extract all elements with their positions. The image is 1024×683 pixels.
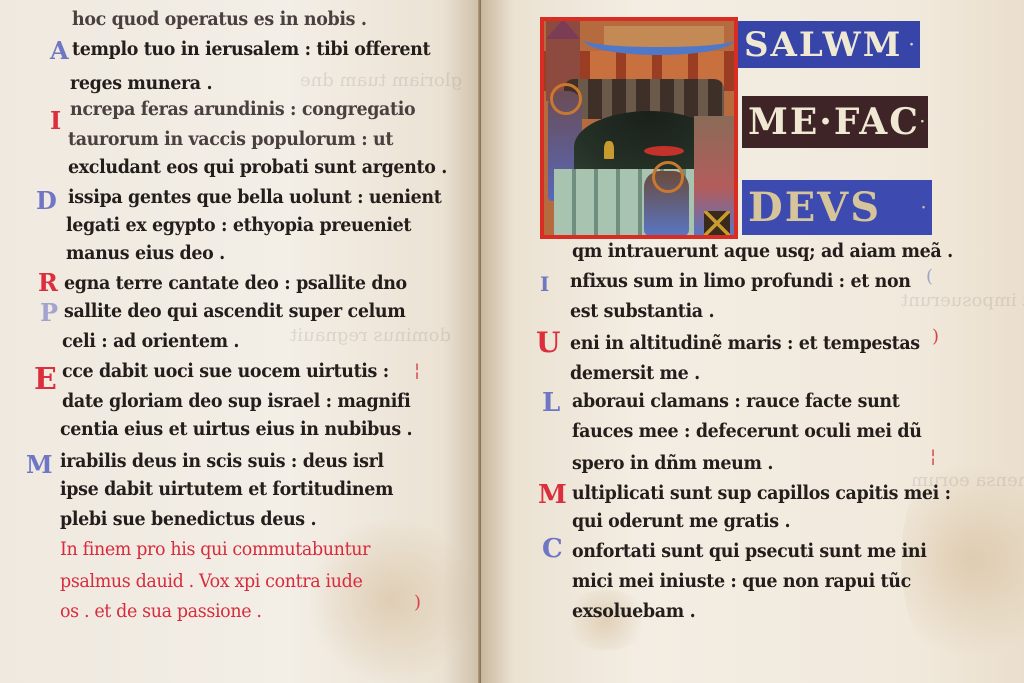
show-through-text: et imposuerunt (901, 290, 1024, 311)
text-line: nfixus sum in limo profundi : et non (570, 270, 911, 292)
rubric-line: psalmus dauid . Vox xpi contra iude (60, 570, 362, 592)
show-through-text: gloriam tuam dne (300, 70, 462, 91)
margin-mark: ) (932, 326, 939, 347)
dish (644, 146, 684, 156)
text-line: eni in altitudinẽ maris : et tempestas (570, 332, 920, 354)
halo (652, 161, 684, 193)
text-line: exsoluebam . (572, 600, 695, 622)
initial-letter: M (26, 450, 53, 479)
text-line: hoc quod operatus es in nobis . (72, 8, 367, 30)
initial-letter: I (540, 272, 549, 296)
text-line: fauces mee : defecerunt oculi mei dũ (572, 420, 922, 442)
text-line: legati ex egypto : ethyopia preueniet (66, 214, 411, 236)
incipit-band-deus: DEVS· (742, 180, 932, 235)
rubric-line: os . et de sua passione . (60, 600, 262, 622)
illuminated-miniature (540, 17, 738, 239)
initial-letter: A (50, 36, 69, 65)
initial-letter: D (36, 186, 57, 215)
open-manuscript: gloriam tuam dne dominus regnauit hoc qu… (0, 0, 1024, 683)
text-line: qm intrauerunt aque usq; ad aiam meã . (572, 240, 953, 262)
halo (550, 83, 582, 115)
text-line: mici mei iniuste : que non rapui tũc (572, 570, 911, 592)
text-line: ncrepa feras arundinis : congregatio (70, 98, 415, 120)
initial-letter: M (538, 480, 567, 510)
margin-mark: ( (926, 266, 933, 287)
text-line: aboraui clamans : rauce facte sunt (572, 390, 899, 412)
text-line: egna terre cantate deo : psallite dno (64, 272, 407, 294)
text-line: ultiplicati sunt sup capillos capitis me… (572, 482, 951, 504)
initial-letter: P (40, 298, 58, 327)
initial-letter: I (50, 106, 61, 135)
text-line: sallite deo qui ascendit super celum (64, 300, 405, 322)
initial-letter: C (542, 534, 563, 564)
margin-mark: ) (414, 592, 421, 613)
text-line: spero in dñm meum . (572, 452, 773, 474)
text-line: ipse dabit uirtutem et fortitudinem (60, 478, 393, 500)
text-line: onfortati sunt qui psecuti sunt me ini (572, 540, 927, 562)
text-line: reges munera . (70, 72, 212, 94)
text-line: est substantia . (570, 300, 714, 322)
incipit-band-salvum: SALWM· (738, 21, 920, 68)
text-line: celi : ad orientem . (62, 330, 239, 352)
margin-mark: ¦ (930, 446, 936, 467)
incipit-band-me-fac: ME·FAC· (742, 96, 928, 148)
text-line: centia eius et uirtus eius in nubibus . (60, 418, 412, 440)
text-line: demersit me . (570, 362, 700, 384)
initial-letter: E (34, 362, 57, 397)
text-line: plebi sue benedictus deus . (60, 508, 316, 530)
chalice (604, 141, 614, 159)
left-page: gloriam tuam dne dominus regnauit hoc qu… (0, 0, 481, 683)
initial-letter: R (38, 268, 58, 297)
rubric-line: In finem pro his qui commutabuntur (60, 538, 370, 560)
text-line: cce dabit uoci sue uocem uirtutis : (62, 360, 389, 382)
stool (704, 211, 730, 235)
text-line: excludant eos qui probati sunt argento . (68, 156, 447, 178)
text-line: irabilis deus in scis suis : deus isrl (60, 450, 384, 472)
text-line: qui oderunt me gratis . (572, 510, 790, 532)
text-line: date gloriam deo sup israel : magnifi (62, 390, 410, 412)
text-line: manus eius deo . (66, 242, 225, 264)
text-line: templo tuo in ierusalem : tibi offerent (72, 38, 430, 60)
show-through-text: dominus regnauit (290, 325, 451, 346)
initial-letter: U (536, 326, 560, 359)
text-line: taurorum in vaccis populorum : ut (68, 128, 393, 150)
margin-mark: ¦ (414, 360, 420, 381)
text-line: issipa gentes que bella uolunt : uenient (68, 186, 441, 208)
initial-letter: L (542, 388, 560, 418)
miniature-drapery (584, 25, 734, 55)
